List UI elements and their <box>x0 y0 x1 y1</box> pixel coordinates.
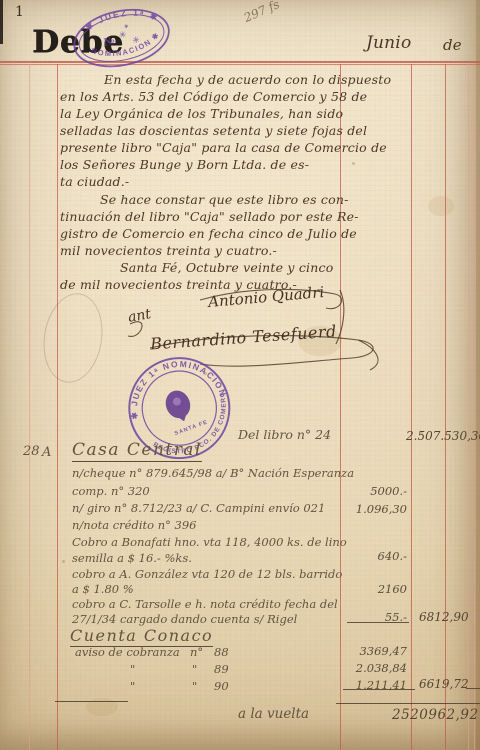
entry-line: comp. n° 320 <box>72 484 150 498</box>
entry-line: n/ giro n° 8.712/23 a/ C. Campini envío … <box>72 501 325 515</box>
entry-line: n/nota crédito n° 396 <box>72 518 197 532</box>
section-title-cuenta-conaco: Cuenta Conaco <box>70 626 213 647</box>
opening-line: los Señores Bunge y Born Ltda. de es- <box>60 157 309 172</box>
group-subtotal: 6812,90 <box>419 610 469 624</box>
paper-speck <box>352 162 355 165</box>
conaco-row-amount: 2.038,84 <box>345 661 407 675</box>
opening-line: Santa Fé, Octubre veinte y cinco <box>120 260 333 275</box>
header-rule-top <box>0 61 480 63</box>
entry-line: Cobro a Bonafati hno. vta 118, 4000 ks. … <box>72 535 347 549</box>
closing-rule-right <box>336 703 480 704</box>
margin-rule <box>29 64 30 750</box>
date-column-rule <box>57 64 58 750</box>
opening-line: Se hace constar que este libro es con- <box>100 192 349 207</box>
conaco-row-number: 88 <box>214 645 229 659</box>
entry-line: 27/1/34 cargado dando cuenta s/ Rigel <box>72 612 297 626</box>
opening-line: tinuación del libro "Caja" sellado por e… <box>60 209 359 224</box>
svg-text:✶: ✶ <box>123 22 131 31</box>
from-book-label: Del libro n° 24 <box>238 427 331 442</box>
entry-day: 28 <box>23 444 40 459</box>
group-subtotal: 6619,72 <box>419 677 469 691</box>
page-edge-shade <box>476 0 480 750</box>
paper-speck <box>62 560 65 563</box>
opening-line: gistro de Comercio en fecha cinco de Jul… <box>60 226 357 241</box>
opening-line: la Ley Orgánica de los Tribunales, han s… <box>60 106 343 121</box>
month-label: Junio <box>366 33 411 53</box>
entry-line: semilla a $ 16.- %ks. <box>72 551 192 565</box>
svg-text:№: № <box>103 35 116 49</box>
pencil-annotation: 297 fs <box>242 0 282 25</box>
edge-rule-1 <box>468 64 469 750</box>
section-title-casa-central: Casa Central <box>72 440 202 462</box>
conaco-row-number: 89 <box>214 662 229 676</box>
folio-letter: A <box>42 445 51 460</box>
conaco-row-no: " <box>192 679 197 693</box>
ledger-page: 1 297 fs Debe Junio de ✱ JUEZ 1ᵃ ✱ NOMIN… <box>0 0 480 750</box>
amount-column-rule-1 <box>340 64 341 750</box>
entry-line: cobro a A. González vta 120 de 12 bls. b… <box>72 567 342 581</box>
svg-text:✳: ✳ <box>118 30 128 41</box>
header-rule-bottom <box>0 64 480 65</box>
paper-stain <box>428 196 454 216</box>
from-book-amount: 2.507.530,30 <box>406 429 480 443</box>
entry-amount: 5000.- <box>345 484 407 498</box>
conaco-row-no: " <box>192 662 197 676</box>
of-label: de <box>443 36 462 54</box>
conaco-row-number: 90 <box>214 679 229 693</box>
subtotal-rule <box>343 689 415 690</box>
entry-amount: 2160 <box>345 582 407 596</box>
subtotal-rule <box>347 622 409 623</box>
conaco-row-amount: 3369,47 <box>345 644 407 658</box>
conaco-row-label: " <box>130 679 135 693</box>
opening-line: mil novecientos treinta y cuatro.- <box>60 243 277 258</box>
entry-line: n/cheque n° 879.645/98 a/ B° Nación Espe… <box>72 466 354 480</box>
entry-amount: 640.- <box>345 549 407 563</box>
svg-text:✳: ✳ <box>132 35 142 46</box>
edge-rule-2 <box>474 64 475 750</box>
opening-line: presente libro "Caja" para la casa de Co… <box>60 140 387 155</box>
folio-number: 1 <box>15 4 24 20</box>
closing-rule-left <box>55 701 128 702</box>
amount-column-rule-3 <box>445 64 446 750</box>
amount-column-rule-2 <box>411 64 412 750</box>
conaco-row-label: " <box>130 662 135 676</box>
grand-total: 2520962,92 <box>392 707 479 723</box>
entry-line: a $ 1.80 % <box>72 582 134 596</box>
binding-edge-mark <box>0 0 3 44</box>
svg-text:SANTA FE: SANTA FE <box>174 419 209 437</box>
opening-line: ta ciudad.- <box>60 174 129 189</box>
entry-line: cobro a C. Tarsolle e h. nota crédito fe… <box>72 597 338 611</box>
entry-amount: 1.096,30 <box>345 502 407 516</box>
carry-forward-label: a la vuelta <box>238 706 309 722</box>
oval-notary-stamp: ✱ JUEZ 1ᵃ ✱ NOMINACION ✱ № ✳ ✳ ✶ <box>64 0 179 82</box>
conaco-row-label: aviso de cobranza <box>75 645 180 659</box>
conaco-row-no: n° <box>190 645 203 659</box>
opening-line: selladas las doscientas setenta y siete … <box>60 123 367 138</box>
opening-line: en los Arts. 53 del Código de Comercio y… <box>60 89 367 104</box>
opening-line: En esta fecha y de acuerdo con lo dispue… <box>104 72 391 87</box>
